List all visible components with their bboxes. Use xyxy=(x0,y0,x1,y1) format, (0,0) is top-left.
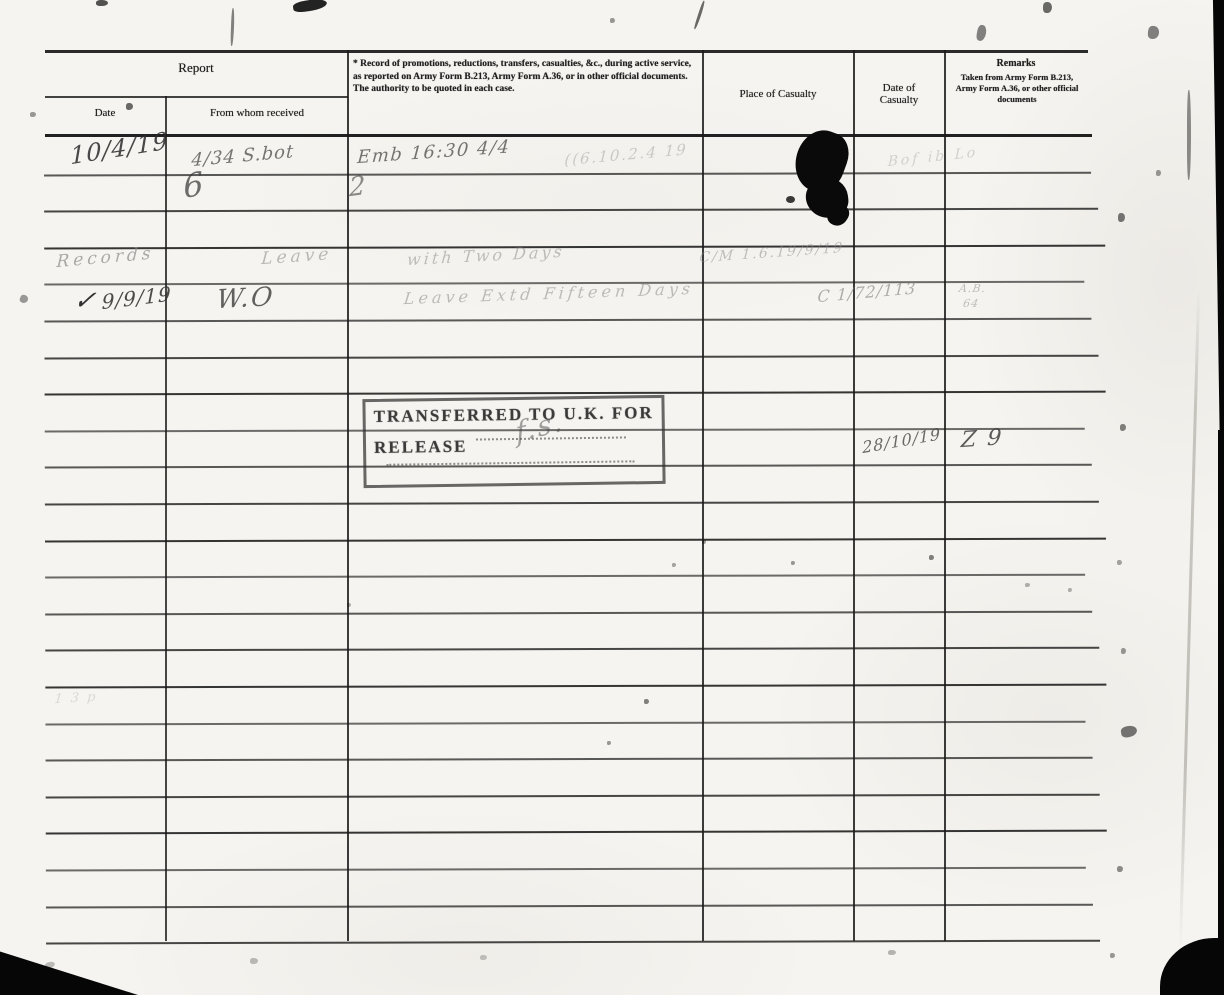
table-rule xyxy=(45,354,1099,359)
table-rule xyxy=(46,757,1093,762)
stain-mark xyxy=(1120,424,1126,431)
stain-mark xyxy=(1147,26,1159,40)
handwritten-text: 10/4/19 xyxy=(70,126,169,170)
page-crease xyxy=(1179,290,1200,950)
handwritten-text: 1 3 p xyxy=(54,690,98,707)
handwritten-text: C/M 1.6.19/9/19 xyxy=(699,240,845,266)
table-rule xyxy=(45,720,1085,725)
stain-mark xyxy=(607,741,611,745)
stain-mark xyxy=(644,699,649,704)
column-header-remarks-title: Remarks xyxy=(946,58,1086,69)
handwritten-text: ((6.10.2.4 19 xyxy=(564,140,688,169)
column-header-date: Date xyxy=(45,107,165,119)
divider-casdate-remarks xyxy=(944,50,946,941)
table-rule xyxy=(45,574,1085,579)
stain-mark xyxy=(1187,90,1191,180)
column-header-report: Report xyxy=(45,60,347,76)
stamp-line-1: TRANSFERRED TO U.K. FOR xyxy=(374,403,654,427)
stain-mark xyxy=(292,0,327,13)
stamp-line-2: RELEASE xyxy=(374,437,468,458)
handwritten-text: 6 xyxy=(182,164,205,207)
stain-mark xyxy=(1117,866,1123,872)
divider-record-place xyxy=(702,50,704,941)
stain-mark xyxy=(610,18,615,23)
column-header-place-of-casualty: Place of Casualty xyxy=(704,88,852,100)
stain-mark xyxy=(250,958,258,964)
stain-mark xyxy=(230,8,234,46)
stain-mark xyxy=(672,563,676,567)
handwritten-text: Bof ib Lo xyxy=(887,144,978,170)
stamp-dotted-line xyxy=(386,460,634,465)
stain-mark xyxy=(702,540,706,544)
table-rule xyxy=(45,537,1106,542)
transferred-to-uk-stamp: TRANSFERRED TO U.K. FOR RELEASE xyxy=(362,395,665,488)
table-rule xyxy=(44,208,1098,213)
stain-mark xyxy=(1121,648,1126,654)
handwritten-text: A.B. xyxy=(958,282,987,295)
column-header-remarks-note: Taken from Army Form B.213, Army Form A.… xyxy=(954,72,1080,106)
table-top-border xyxy=(45,50,1088,53)
handwritten-text: Leave xyxy=(261,244,333,269)
table-rule xyxy=(46,903,1093,908)
handwritten-text: ✓ xyxy=(72,286,98,316)
report-sub-border xyxy=(45,96,348,98)
page-edge-right xyxy=(1207,0,1224,440)
stain-mark xyxy=(1068,588,1072,592)
stain-mark xyxy=(30,112,36,117)
stain-mark xyxy=(888,950,896,955)
table-rule xyxy=(46,867,1086,872)
stain-mark xyxy=(791,561,795,565)
handwritten-text: 9/9/19 xyxy=(102,281,172,314)
header-bottom-border xyxy=(45,134,1092,137)
stain-mark xyxy=(1043,2,1052,13)
handwritten-text: W.O xyxy=(215,282,275,315)
table-rule xyxy=(46,793,1100,798)
table-rule xyxy=(46,830,1107,835)
stamp-dotted-line xyxy=(476,436,626,440)
table-rule xyxy=(45,647,1099,652)
handwritten-text: Emb 16:30 4/4 xyxy=(357,136,512,168)
table-rule xyxy=(46,940,1100,945)
column-header-from-whom-received: From whom received xyxy=(167,107,347,119)
handwritten-text: Z 9 xyxy=(960,425,1004,453)
stain-mark xyxy=(347,603,351,607)
ink-blot xyxy=(786,196,795,203)
handwritten-text: 4/34 S.bot xyxy=(191,141,295,171)
table-rule xyxy=(45,611,1092,616)
table-rule xyxy=(45,684,1106,689)
table-rule xyxy=(44,244,1105,249)
stain-mark xyxy=(693,0,705,29)
page-corner-bottom-left xyxy=(0,942,138,995)
scanned-casualty-form-page: Report Date From whom received * Record … xyxy=(0,0,1224,995)
column-header-record-note: * Record of promotions, reductions, tran… xyxy=(353,58,693,96)
stain-mark xyxy=(1118,213,1125,222)
divider-place-casdate xyxy=(853,50,855,941)
stain-mark xyxy=(1120,725,1138,739)
stain-mark xyxy=(1110,953,1115,958)
table-rule xyxy=(45,391,1106,396)
stain-mark xyxy=(1156,170,1161,176)
page-corner-bottom-right xyxy=(1160,938,1224,995)
stain-mark xyxy=(96,0,108,6)
column-header-date-of-casualty: Date of Casualty xyxy=(868,82,930,106)
stain-mark xyxy=(929,555,934,560)
stain-mark xyxy=(1117,560,1122,565)
stain-mark xyxy=(480,955,487,960)
stain-mark xyxy=(976,24,988,41)
divider-date-from xyxy=(165,96,167,941)
table-rule xyxy=(45,501,1099,506)
page-edge-right xyxy=(1218,430,1224,945)
table-rule xyxy=(44,318,1091,323)
stain-mark xyxy=(19,294,29,304)
handwritten-text: 64 xyxy=(962,297,980,310)
handwritten-text: 2 xyxy=(349,171,365,204)
stain-mark xyxy=(1025,583,1030,587)
